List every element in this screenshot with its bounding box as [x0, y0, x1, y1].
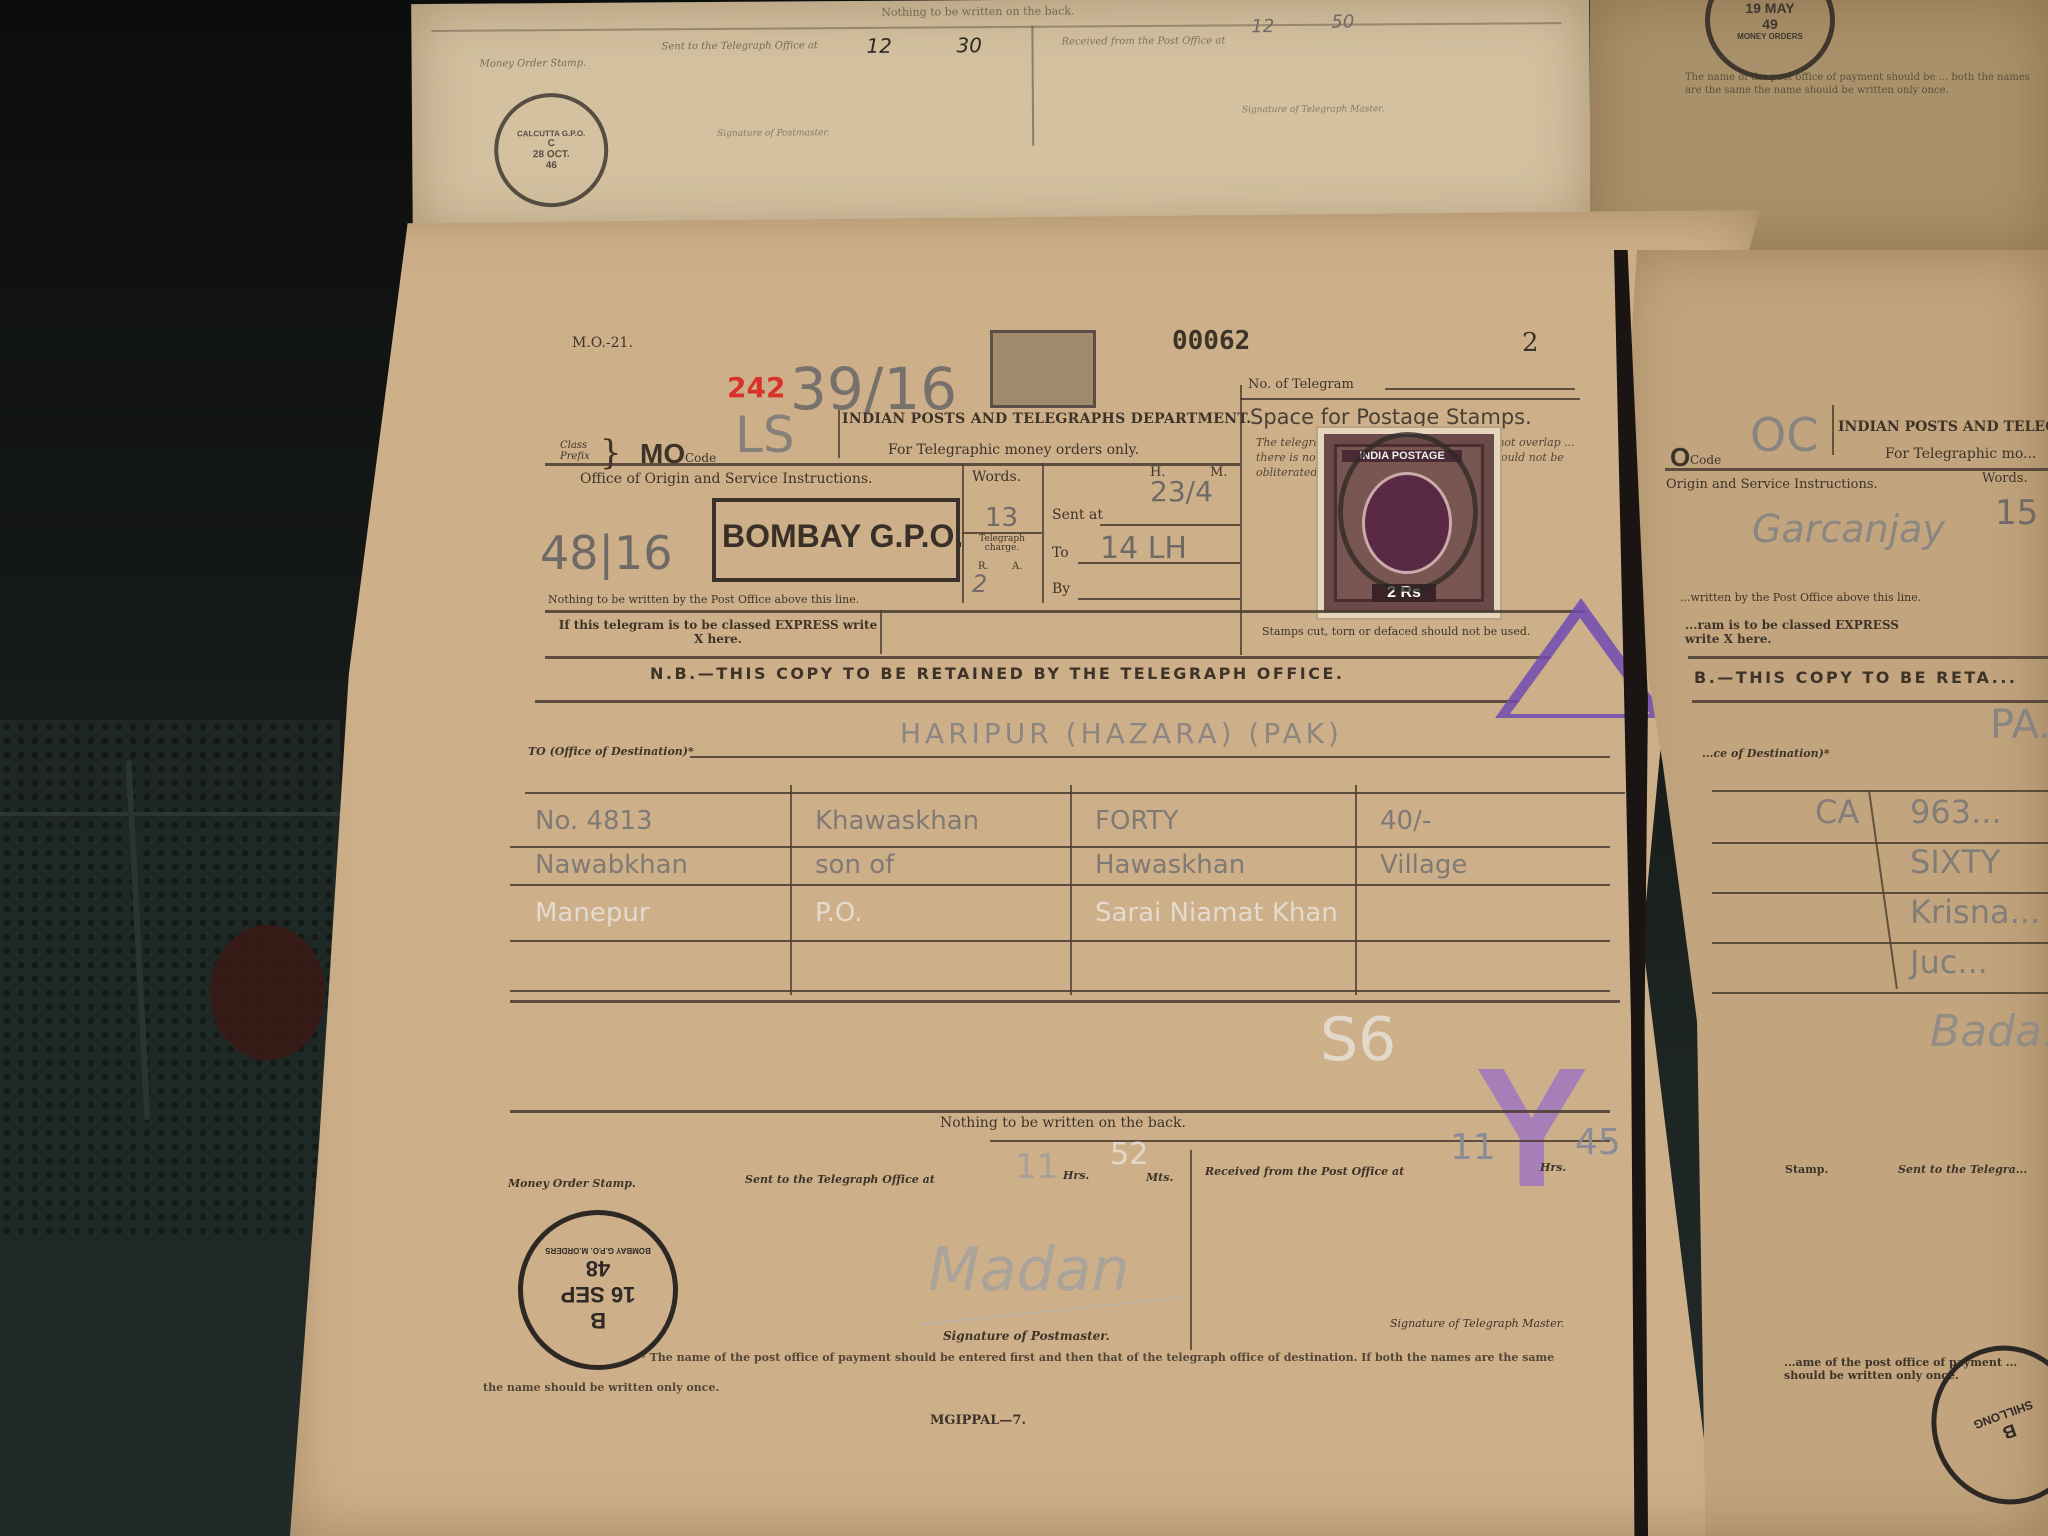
message-cell: P.O.: [815, 900, 863, 926]
postmark-date: 19 MAY: [1745, 0, 1794, 16]
form-code: M.O.-21.: [572, 336, 633, 350]
red-number: 242: [727, 374, 785, 402]
right-extra-line: Bada...: [1930, 1010, 2048, 1054]
right-nb-notice: B.—THIS COPY TO BE RETA...: [1694, 670, 2017, 686]
right-department-subtitle: For Telegraphic mo...: [1885, 447, 2036, 461]
divider: [1240, 385, 1242, 655]
divider: [1031, 26, 1034, 146]
right-code-value: OC: [1750, 412, 1818, 458]
code-value: LS: [735, 410, 795, 460]
message-cell: SIXTY: [1910, 846, 2000, 878]
charge-a-label: A.: [1012, 562, 1022, 572]
coat-of-arms-icon: [990, 330, 1096, 408]
grid-line: [1355, 785, 1357, 995]
received-label: Received from the Post Office at: [1205, 1166, 1404, 1177]
message-cell: Juc...: [1910, 946, 1988, 978]
serial-number: 00062: [1172, 328, 1250, 354]
top-received-label: Received from the Post Office at: [1061, 36, 1225, 47]
grid-line: [1712, 992, 2048, 994]
grid-line: [790, 785, 792, 995]
charge-value: 2: [972, 572, 987, 596]
bombay-gpo-postmark: B 16 SEP 48 BOMBAY G.P.O. M.ORDERS: [518, 1210, 678, 1370]
divider: [545, 463, 1240, 466]
destination-label: TO (Office of Destination)*: [528, 746, 694, 757]
postmark-office: CALCUTTA G.P.O.: [517, 129, 585, 138]
sent-at-label: Sent at: [1052, 508, 1103, 522]
telegram-count: 2: [1522, 330, 1539, 356]
right-stamp-label: Stamp.: [1785, 1164, 1828, 1175]
postmark-year: 49: [1762, 16, 1778, 32]
mts-label: Mts.: [1146, 1172, 1173, 1183]
message-cell: Hawaskhan: [1095, 852, 1245, 878]
right-nothing-above-line: ...written by the Post Office above this…: [1680, 592, 1921, 603]
pencil-scribble: S6: [1320, 1010, 1396, 1070]
words-value: 13: [985, 505, 1018, 531]
postmark-date: 16 SEP: [561, 1282, 636, 1308]
right-office-origin-handwritten: Garcanjay: [1752, 510, 1945, 548]
message-cell: Village: [1380, 852, 1467, 878]
bombay-stamp-cancellation: [1338, 432, 1478, 592]
sent-minutes: 52: [1110, 1140, 1148, 1170]
words-label: Words.: [972, 470, 1021, 484]
footnote-line-1: * The name of the post office of payment…: [640, 1352, 1554, 1363]
right-office-origin-label: Origin and Service Instructions.: [1666, 478, 1878, 491]
right-express-label: ...ram is to be classed EXPRESS write X …: [1685, 618, 1925, 647]
message-cell: Manepur: [535, 900, 650, 926]
back-notice: Nothing to be written on the back.: [940, 1116, 1186, 1130]
fabric-seam: [0, 812, 340, 816]
divider: [1190, 1150, 1192, 1350]
message-cell: FORTY: [1095, 808, 1178, 834]
divider: [545, 610, 1585, 613]
message-cell: No. 4813: [535, 808, 653, 834]
to-value: 14 LH: [1100, 534, 1187, 564]
to-label: To: [1052, 546, 1069, 560]
message-cell: Sarai Niamat Khan: [1095, 900, 1338, 926]
sent-at-value: 23/4: [1150, 478, 1213, 506]
grid-line: [510, 940, 1610, 942]
right-destination-value: PA...: [1990, 705, 2048, 745]
postmark-year: 48: [586, 1256, 610, 1282]
nothing-above-line: Nothing to be written by the Post Office…: [548, 594, 859, 605]
message-cell: 963...: [1910, 796, 2002, 828]
grid-line: [1712, 942, 2048, 944]
divider: [545, 656, 1585, 659]
postmark-letter: C: [548, 138, 555, 149]
hrs-label: Hrs.: [1063, 1170, 1089, 1181]
top-received-hours: 12: [1251, 18, 1274, 36]
stamps-footer: Stamps cut, torn or defaced should not b…: [1262, 626, 1530, 637]
message-cell: son of: [815, 852, 894, 878]
calcutta-postmark: CALCUTTA G.P.O. C 28 OCT. 46: [494, 93, 609, 208]
message-cell: Krisna...: [1910, 896, 2040, 928]
divider: [535, 700, 1625, 703]
message-cell: Nawabkhan: [535, 852, 688, 878]
postmaster-signature: Madan: [928, 1240, 1129, 1300]
office-origin-label: Office of Origin and Service Instruction…: [580, 472, 873, 486]
postmark-ring: BOMBAY G.P.O. M.ORDERS: [545, 1247, 651, 1256]
department-title: INDIAN POSTS AND TELEGRAPHS DEPARTMENT.: [842, 412, 1251, 426]
telegraph-charge-label: Telegraph charge.: [967, 535, 1037, 553]
grid-line: [510, 846, 1610, 848]
right-destination-label: ...ce of Destination)*: [1702, 748, 1830, 759]
postmark-ring: MONEY ORDERS: [1737, 32, 1803, 41]
telegraph-sig-label: Signature of Telegraph Master.: [1390, 1318, 1564, 1329]
right-words-value: 15: [1995, 496, 2038, 530]
sent-hours: 11: [1015, 1150, 1058, 1184]
grid-line: [1712, 790, 2048, 792]
top-mo-stamp-label: Money Order Stamp.: [480, 59, 587, 70]
stamps-heading: Space for Postage Stamps.: [1250, 407, 1532, 428]
red-circle-reflection: [210, 925, 325, 1060]
top-received-minutes: 50: [1331, 14, 1354, 32]
divider: [1078, 562, 1240, 564]
top-sent-minutes: 30: [956, 35, 982, 55]
grid-line: [510, 884, 1610, 886]
received-minutes: 45: [1575, 1125, 1621, 1161]
class-prefix-label: Class Prefix: [560, 440, 596, 462]
divider: [1042, 463, 1044, 603]
pencil-number: 39/16: [790, 360, 957, 418]
received-hours: 11: [1450, 1130, 1496, 1166]
divider: [1688, 656, 2048, 659]
divider: [880, 610, 882, 654]
right-words-label: Words.: [1982, 472, 2028, 485]
nb-retained-notice: N.B.—THIS COPY TO BE RETAINED BY THE TEL…: [650, 666, 1344, 682]
divider: [510, 1000, 1620, 1003]
divider: [990, 1140, 1610, 1142]
message-cell: 40/-: [1380, 808, 1431, 834]
divider: [525, 792, 1625, 794]
right-code-label: Code: [1690, 454, 1721, 466]
grid-line: [510, 990, 1610, 992]
postmark-date: 28 OCT.: [533, 149, 570, 160]
divider: [1832, 405, 1834, 455]
destination-value: HARIPUR (HAZARA) (PAK): [900, 720, 1343, 748]
department-subtitle: For Telegraphic money orders only.: [888, 443, 1139, 457]
right-department-title: INDIAN POSTS AND TELEG...: [1838, 420, 2048, 434]
grid-line: [1070, 785, 1072, 995]
printer-mark: MGIPPAL—7.: [930, 1414, 1026, 1427]
postmark-letter: B: [590, 1308, 606, 1334]
top-postmaster-sig-label: Signature of Postmaster.: [717, 129, 830, 139]
message-cell: Khawaskhan: [815, 808, 979, 834]
top-form: Nothing to be written on the back. Money…: [411, 0, 1591, 236]
right-sent-label: Sent to the Telegra...: [1898, 1164, 2027, 1175]
no-of-telegram-label: No. of Telegram: [1248, 378, 1354, 391]
divider: [838, 410, 840, 458]
money-order-postmark: 19 MAY 49 MONEY ORDERS: [1705, 0, 1835, 80]
top-back-notice: Nothing to be written on the back.: [881, 5, 1074, 17]
divider: [690, 756, 1610, 758]
divider: [1100, 524, 1240, 526]
received-hrs-label: Hrs.: [1540, 1162, 1566, 1173]
postmaster-sig-label: Signature of Postmaster.: [943, 1330, 1110, 1342]
right-class-prefix: O: [1670, 444, 1690, 470]
postmark-year: 46: [546, 160, 557, 171]
office-origin-stamp: BOMBAY G.P.O.: [722, 520, 963, 552]
divider: [510, 1110, 1610, 1113]
top-sent-hours: 12: [866, 36, 892, 56]
postmark-letter: B: [2000, 1419, 2019, 1443]
top-sent-label: Sent to the Telegraph Office at: [661, 41, 818, 52]
divider: [431, 22, 1561, 32]
divider: [1240, 398, 1580, 400]
by-label: By: [1052, 582, 1070, 596]
top-telegraph-sig-label: Signature of Telegraph Master.: [1242, 105, 1385, 115]
express-label: If this telegram is to be classed EXPRES…: [558, 618, 878, 647]
office-origin-handwritten: 48|16: [540, 530, 673, 576]
mo-stamp-label: Money Order Stamp.: [508, 1178, 636, 1189]
divider: [1078, 598, 1240, 600]
message-cell: CA: [1815, 796, 1859, 828]
divider: [1385, 388, 1575, 390]
footnote-line-2: the name should be written only once.: [483, 1382, 719, 1393]
top-right-footnote: The name of the post office of payment s…: [1685, 72, 2045, 97]
sent-to-office-label: Sent to the Telegraph Office at: [745, 1174, 935, 1185]
